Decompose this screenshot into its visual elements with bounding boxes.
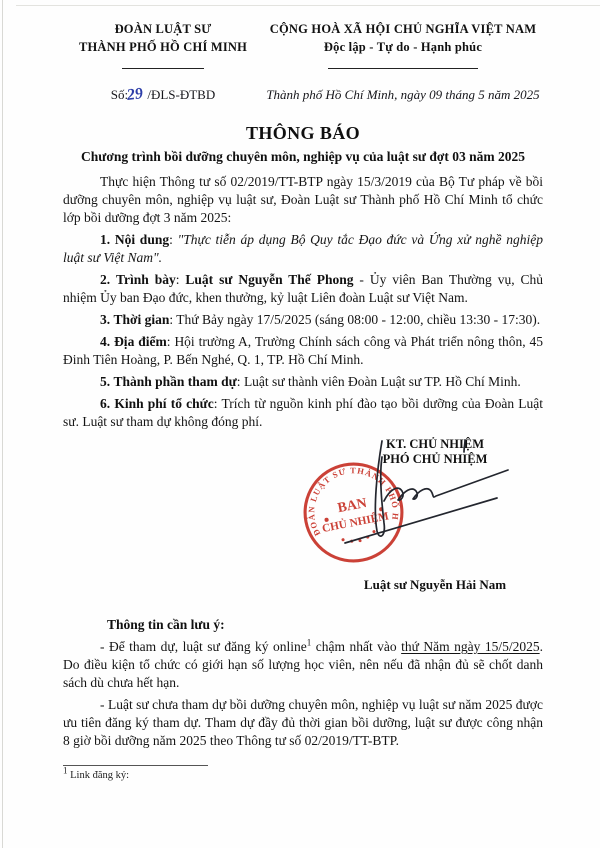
page-title: THÔNG BÁO (63, 123, 543, 144)
motto-underline (328, 68, 478, 69)
footnote-section: 1 Link đăng ký: (63, 765, 543, 781)
note-registration-deadline: - Để tham dự, luật sư đăng ký online1 ch… (63, 638, 543, 692)
scanned-notice-page: ĐOÀN LUẬT SƯ THÀNH PHỐ HỒ CHÍ MINH Số:29… (0, 0, 600, 848)
item-thanh-phan: 5. Thành phần tham dự: Luật sư thành viê… (63, 373, 543, 391)
deadline-underlined: thứ Năm ngày 15/5/2025 (401, 639, 539, 654)
item-dia-diem: 4. Địa điểm: Hội trường A, Trường Chính … (63, 333, 543, 369)
document-header: ĐOÀN LUẬT SƯ THÀNH PHỐ HỒ CHÍ MINH Số:29… (63, 20, 543, 104)
presenter-name: Luật sư Nguyễn Thế Phong (185, 272, 353, 287)
national-motto-block: CỘNG HOÀ XÃ HỘI CHỦ NGHĨA VIỆT NAM Độc l… (263, 20, 543, 103)
org-underline (122, 68, 204, 69)
signature-block: KT. CHỦ NHIỆM PHÓ CHỦ NHIỆM ĐOÀN LUẬT SƯ… (63, 435, 543, 607)
item-kinh-phi: 6. Kinh phí tổ chức: Trích từ nguồn kinh… (63, 395, 543, 431)
doc-no-handwritten-value: 29 (126, 85, 144, 105)
place-date-line: Thành phố Hồ Chí Minh, ngày 09 tháng 5 n… (263, 87, 543, 103)
item-trinh-bay: 2. Trình bày: Luật sư Nguyễn Thế Phong -… (63, 271, 543, 307)
issuing-org-block: ĐOÀN LUẬT SƯ THÀNH PHỐ HỒ CHÍ MINH Số:29… (63, 20, 263, 104)
document-number: Số:29 /ĐLS-ĐTBD (63, 86, 263, 104)
item-thoi-gian: 3. Thời gian: Thứ Bảy ngày 17/5/2025 (sá… (63, 311, 543, 329)
org-name-line1: ĐOÀN LUẬT SƯ (115, 22, 212, 36)
doc-no-suffix: /ĐLS-ĐTBD (147, 87, 215, 102)
page-subtitle: Chương trình bồi dưỡng chuyên môn, nghiệ… (63, 149, 543, 165)
signer-name: Luật sư Nguyễn Hải Nam (330, 577, 540, 593)
national-line1: CỘNG HOÀ XÃ HỘI CHỦ NGHĨA VIỆT NAM (270, 22, 536, 36)
national-line2: Độc lập - Tự do - Hạnh phúc (324, 40, 482, 54)
org-name-line2: THÀNH PHỐ HỒ CHÍ MINH (79, 40, 247, 54)
footnote-marker: 1 (63, 766, 68, 776)
footnote-text: 1 Link đăng ký: (63, 770, 543, 781)
handwritten-signature (330, 435, 530, 550)
notes-heading: Thông tin cần lưu ý: (63, 616, 543, 634)
note-priority: - Luật sư chưa tham dự bồi dưỡng chuyên … (63, 696, 543, 750)
item-noi-dung: 1. Nội dung: "Thực tiễn áp dụng Bộ Quy t… (63, 231, 543, 267)
intro-paragraph: Thực hiện Thông tư số 02/2019/TT-BTP ngà… (63, 173, 543, 227)
footnote-divider (63, 765, 208, 766)
